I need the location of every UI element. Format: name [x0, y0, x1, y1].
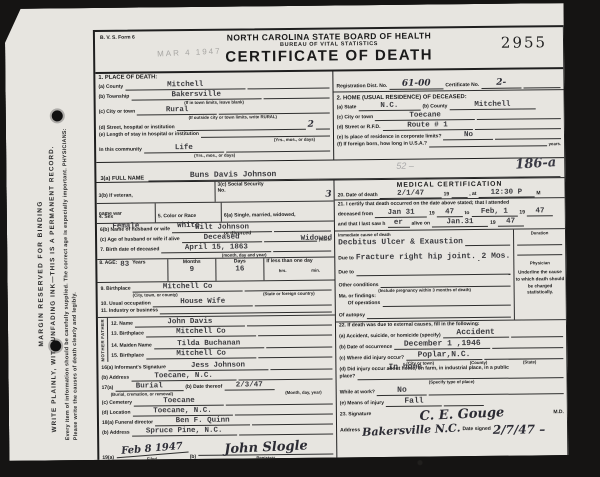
attended-to-label: to — [465, 211, 470, 217]
home-city-label: (c) City or town — [337, 115, 373, 121]
birthplace-value: Mitchell Co — [133, 282, 243, 292]
date-signed-value: 2/7/47 – — [493, 422, 545, 437]
cemetery-value: Toecane — [134, 396, 224, 406]
cause-main: Immediate cause of death Decbitus Ulcer … — [335, 229, 514, 321]
margin-text-physicians: Please write the causes of death clearly… — [72, 292, 80, 440]
death-m-label: M — [536, 192, 540, 198]
margin-text-permanent-record: WRITE PLAINLY, WITH UNFADING INK—THIS IS… — [48, 145, 58, 432]
funeral-director-addr-label: (b) Address — [102, 431, 130, 437]
city-note: (If outside city or town limits, write R… — [189, 114, 277, 120]
funeral-director-addr-value: Spruce Pine, N.C. — [132, 426, 237, 436]
attended-to-year: 47 — [527, 207, 553, 216]
other-conditions-label: Other conditions — [339, 283, 379, 289]
autopsy-label: Of autopsy — [339, 313, 365, 319]
ssn-value: 3 — [325, 190, 331, 200]
immediate-cause-label: Immediate cause of death — [338, 232, 391, 238]
physician-sig-label: 23. Signature — [340, 412, 371, 418]
birthplace-note1: (City, town, or county) — [133, 292, 178, 297]
filed-b-label: (b) — [190, 455, 196, 461]
father-side-label: FATHER — [98, 318, 108, 340]
age-years-label: Years — [132, 260, 145, 266]
yr1-label: 19 — [429, 211, 435, 217]
father-birthplace-label: 13. Birthplace — [111, 331, 144, 337]
other-conditions-note: (Include pregnancy within 3 months of de… — [378, 287, 471, 293]
certificate-no-value: 2- — [481, 78, 521, 89]
duration-line1 — [517, 235, 562, 245]
certificate-paper: MARGIN RESERVED FOR BINDING WRITE PLAINL… — [5, 3, 569, 461]
external-how-value: In home — [388, 363, 422, 372]
certificate-no-label: Certificate No. — [445, 83, 479, 89]
lastsaw-year: 47 — [498, 217, 524, 226]
punch-hole-bottom — [50, 340, 61, 351]
funeral-director-value: Ben F. Quinn — [155, 416, 250, 426]
birthplace-label: 9. Birthplace — [101, 287, 131, 293]
spouse-age-years: years. — [319, 237, 331, 242]
duration-column: Duration Physician Underline the cause t… — [513, 229, 566, 319]
pencil-note-186a: 186-a — [515, 155, 557, 173]
attended-to-value: Feb, 1 — [471, 207, 517, 216]
immediate-cause-value: Decbitus Ulcer & Exaustion — [338, 237, 463, 247]
lastsaw-her: er — [387, 218, 409, 227]
mother-name-label: 14. Maiden Name — [111, 343, 152, 349]
physician-addr-label: Address — [340, 428, 360, 434]
cemetery-label: (c) Cemetery — [102, 401, 132, 407]
header-titles: NORTH CAROLINA STATE BOARD OF HEALTH BUR… — [95, 29, 563, 67]
home-city-value: Toecane — [375, 111, 475, 121]
external-where-label: (c) Where did injury occur? — [339, 355, 404, 361]
birthdate-note: (month, day and year) — [222, 252, 267, 257]
pencil-scribble: 52 – — [396, 161, 414, 171]
father-name-label: 12. Name — [111, 322, 133, 328]
township-label: (b) Township — [99, 95, 130, 101]
age-days-value: 16 — [218, 265, 261, 273]
disposition-date-note: (Month, day, year) — [285, 389, 322, 394]
industry-label: 11. Industry or business — [101, 308, 158, 314]
certificate-form: B. V. S. Form 6 MAR 4 1947 NORTH CAROLIN… — [93, 25, 569, 462]
means-of-injury-value: Fall — [386, 396, 442, 407]
bottom-section: 3(b) If veteran, name war 3(c) Social Se… — [96, 178, 567, 460]
street-value: 2 — [308, 120, 314, 130]
spouse-age-label: (c) Age of husband or wife if alive — [100, 237, 180, 244]
due1-duration: 2 Mos. — [481, 251, 510, 260]
cause-of-death-box: Immediate cause of death Decbitus Ulcer … — [335, 228, 566, 322]
informant-sig-value: Jess Johnson — [168, 361, 268, 371]
yr2-label: 19 — [519, 211, 525, 217]
physician-label: Physician — [515, 260, 564, 266]
attended-from-value: Jan 31 — [375, 208, 427, 218]
place-heading: 1. PLACE OF DEATH: — [98, 74, 157, 81]
informant-addr-value: Toecane, N.C. — [131, 371, 236, 381]
yr3-label: 19 — [490, 221, 496, 227]
home-county-value: Mitchell — [449, 100, 535, 110]
external-how-note: (Specify type of place) — [429, 379, 475, 384]
filed-date-value: Feb 8 1947 — [116, 440, 188, 458]
spouse-label: 6(b) Name of husband or wife — [100, 227, 170, 233]
attended-from-year: 47 — [437, 208, 463, 217]
mother-birthplace-value: Mitchell Co — [146, 349, 256, 359]
spouse-age-value: Deceased — [182, 233, 262, 243]
personal-column: 3(b) If veteran, name war 3(c) Social Se… — [96, 180, 337, 459]
operations-label: Of operations — [348, 301, 381, 307]
home-state-label: (a) State — [337, 106, 357, 112]
father-group: FATHER 12. NameJohn Davis 13. Birthplace… — [98, 314, 335, 339]
physician-note: Underline the cause to which death shoul… — [515, 269, 564, 297]
certificate-serial-number: 2955 — [501, 33, 547, 51]
lastsaw-label: and that I last saw h — [338, 222, 386, 228]
scanned-certificate: MARGIN RESERVED FOR BINDING WRITE PLAINL… — [0, 0, 600, 477]
registration-dist-value: 61-00 — [389, 78, 443, 90]
external-how-label2: place? — [339, 374, 355, 380]
informant-sig-label: 16(a) Informant's Signature — [101, 365, 166, 371]
mother-birthplace-label: 15. Birthplace — [111, 353, 144, 359]
form-header: B. V. S. Form 6 MAR 4 1947 NORTH CAROLIN… — [95, 27, 563, 74]
birthdate-label: 7. Birth date of deceased — [100, 248, 159, 254]
age-label: 8. AGE: — [99, 261, 117, 267]
death-yr-label: 19 — [444, 193, 450, 199]
while-at-work-label: While at work? — [340, 390, 375, 396]
disposition-date-label: (b) Date thereof — [185, 385, 222, 391]
certificate-title: CERTIFICATE OF DEATH — [95, 45, 563, 67]
father-birthplace-value: Mitchell Co — [146, 327, 256, 337]
disposition-date: 2/3/47 — [224, 381, 274, 391]
sex-label: 4. Sex — [99, 214, 114, 220]
external-date-value: December 1 ,1946 — [394, 339, 490, 350]
death-date-value: 2/1/47 — [380, 189, 442, 199]
due1-label: Due to — [338, 256, 354, 262]
city-label: (c) City or town — [99, 110, 135, 116]
md-label: M.D. — [553, 410, 564, 416]
mother-name-value: Tilda Buchanan — [154, 339, 264, 349]
spouse-value: Wilt Johnson — [172, 223, 272, 233]
margin-text-instructions: Every item of information should be care… — [62, 128, 71, 440]
external-kind-label: (a) Accident, suicide, or homicide (spec… — [339, 333, 441, 340]
disposition-method-note: (Burial, cremation, or removal) — [111, 391, 173, 397]
full-name-label: 3(a) FULL NAME — [100, 175, 144, 182]
age-months-value: 9 — [170, 266, 213, 274]
home-corporate-value: No — [443, 131, 493, 141]
mother-side-label: MOTHER — [98, 340, 108, 362]
home-county-label: (b) County — [422, 105, 447, 111]
duration-line2 — [517, 245, 562, 255]
county-value: Mitchell — [125, 80, 245, 90]
age-hrs-label: hrs. — [279, 268, 287, 273]
birthplace-note2: (State or foreign country) — [263, 291, 315, 297]
home-foreign-years: years. — [549, 141, 561, 146]
death-time-value: 12:30 P — [478, 188, 534, 198]
cemetery-location-value: Toecane, N.C. — [132, 406, 232, 416]
mother-group: MOTHER 14. Maiden NameTilda Buchanan 15.… — [98, 337, 335, 361]
age-min-label: min. — [311, 267, 320, 272]
township-note: (If in town limits, leave blank) — [184, 99, 244, 105]
informant-addr-label: (b) Address — [101, 376, 129, 382]
place-of-death-block: 1. PLACE OF DEATH: (a) CountyMitchell (b… — [95, 72, 334, 162]
occupation-value: House Wife — [153, 297, 253, 307]
top-section: 1. PLACE OF DEATH: (a) CountyMitchell (b… — [95, 69, 564, 162]
cemetery-location-label: (d) Location — [102, 411, 131, 417]
registration-dist-label: Registration Dist. No. — [336, 84, 387, 90]
home-state-value: N.C. — [358, 102, 420, 112]
death-at-label: , at — [469, 192, 476, 198]
age-years-value: 83 — [120, 261, 129, 269]
lastsaw-value: Jan.31 — [432, 218, 488, 228]
age-less-label: If less than one day — [266, 259, 332, 265]
due2-label: Due to — [338, 270, 354, 276]
funeral-director-label: 18(a) Funeral director — [102, 420, 153, 426]
home-street-value: Route # 1 — [382, 121, 472, 131]
filed-item-label: 19(a) — [102, 456, 114, 462]
alive-label: alive on — [411, 221, 430, 227]
external-date-label: (b) Date of occurrence — [339, 344, 392, 350]
full-name-value: Buns Davis Johnson — [148, 170, 318, 182]
home-foreign-label: (f) If foreign born, how long in U.S.A.? — [337, 142, 427, 149]
community-label: In this community — [99, 148, 142, 154]
county-label: (a) County — [98, 85, 123, 91]
punch-hole-top — [52, 110, 63, 121]
race-label: 5. Color or Race — [158, 213, 196, 219]
while-at-work-value: No — [377, 385, 427, 396]
attended-from-label: deceased from — [338, 212, 373, 218]
date-signed-label: Date signed — [462, 427, 490, 433]
disposition-method: Burial — [115, 382, 183, 392]
home-street-label: (d) Street or R.F.D. — [337, 125, 381, 131]
ssn-label: 3(c) Social Security No. — [217, 182, 263, 200]
medical-column: MEDICAL CERTIFICATION 20. Date of death2… — [334, 178, 567, 457]
death-date-label: 20. Date of death — [338, 193, 378, 199]
external-kind-value: Accident — [443, 328, 509, 339]
registration-home-block: Registration Dist. No. 61-00 Certificate… — [333, 69, 564, 159]
community-note: (Yrs., mos., or days) — [194, 152, 235, 157]
stay-label: (e) Length of stay in hospital or instit… — [99, 132, 199, 139]
means-of-injury-label: (e) Means of injury — [340, 401, 384, 407]
registrar-signature: John Slogle — [224, 438, 308, 457]
stay-note: (Yrs., mos., or days) — [274, 136, 315, 141]
physician-addr-value: Bakersville N.C. — [362, 422, 461, 439]
due1-value: Fracture right hip joint. — [356, 252, 476, 262]
margin-text-binding: MARGIN RESERVED FOR BINDING — [37, 200, 46, 346]
father-name-value: John Davis — [135, 317, 245, 327]
